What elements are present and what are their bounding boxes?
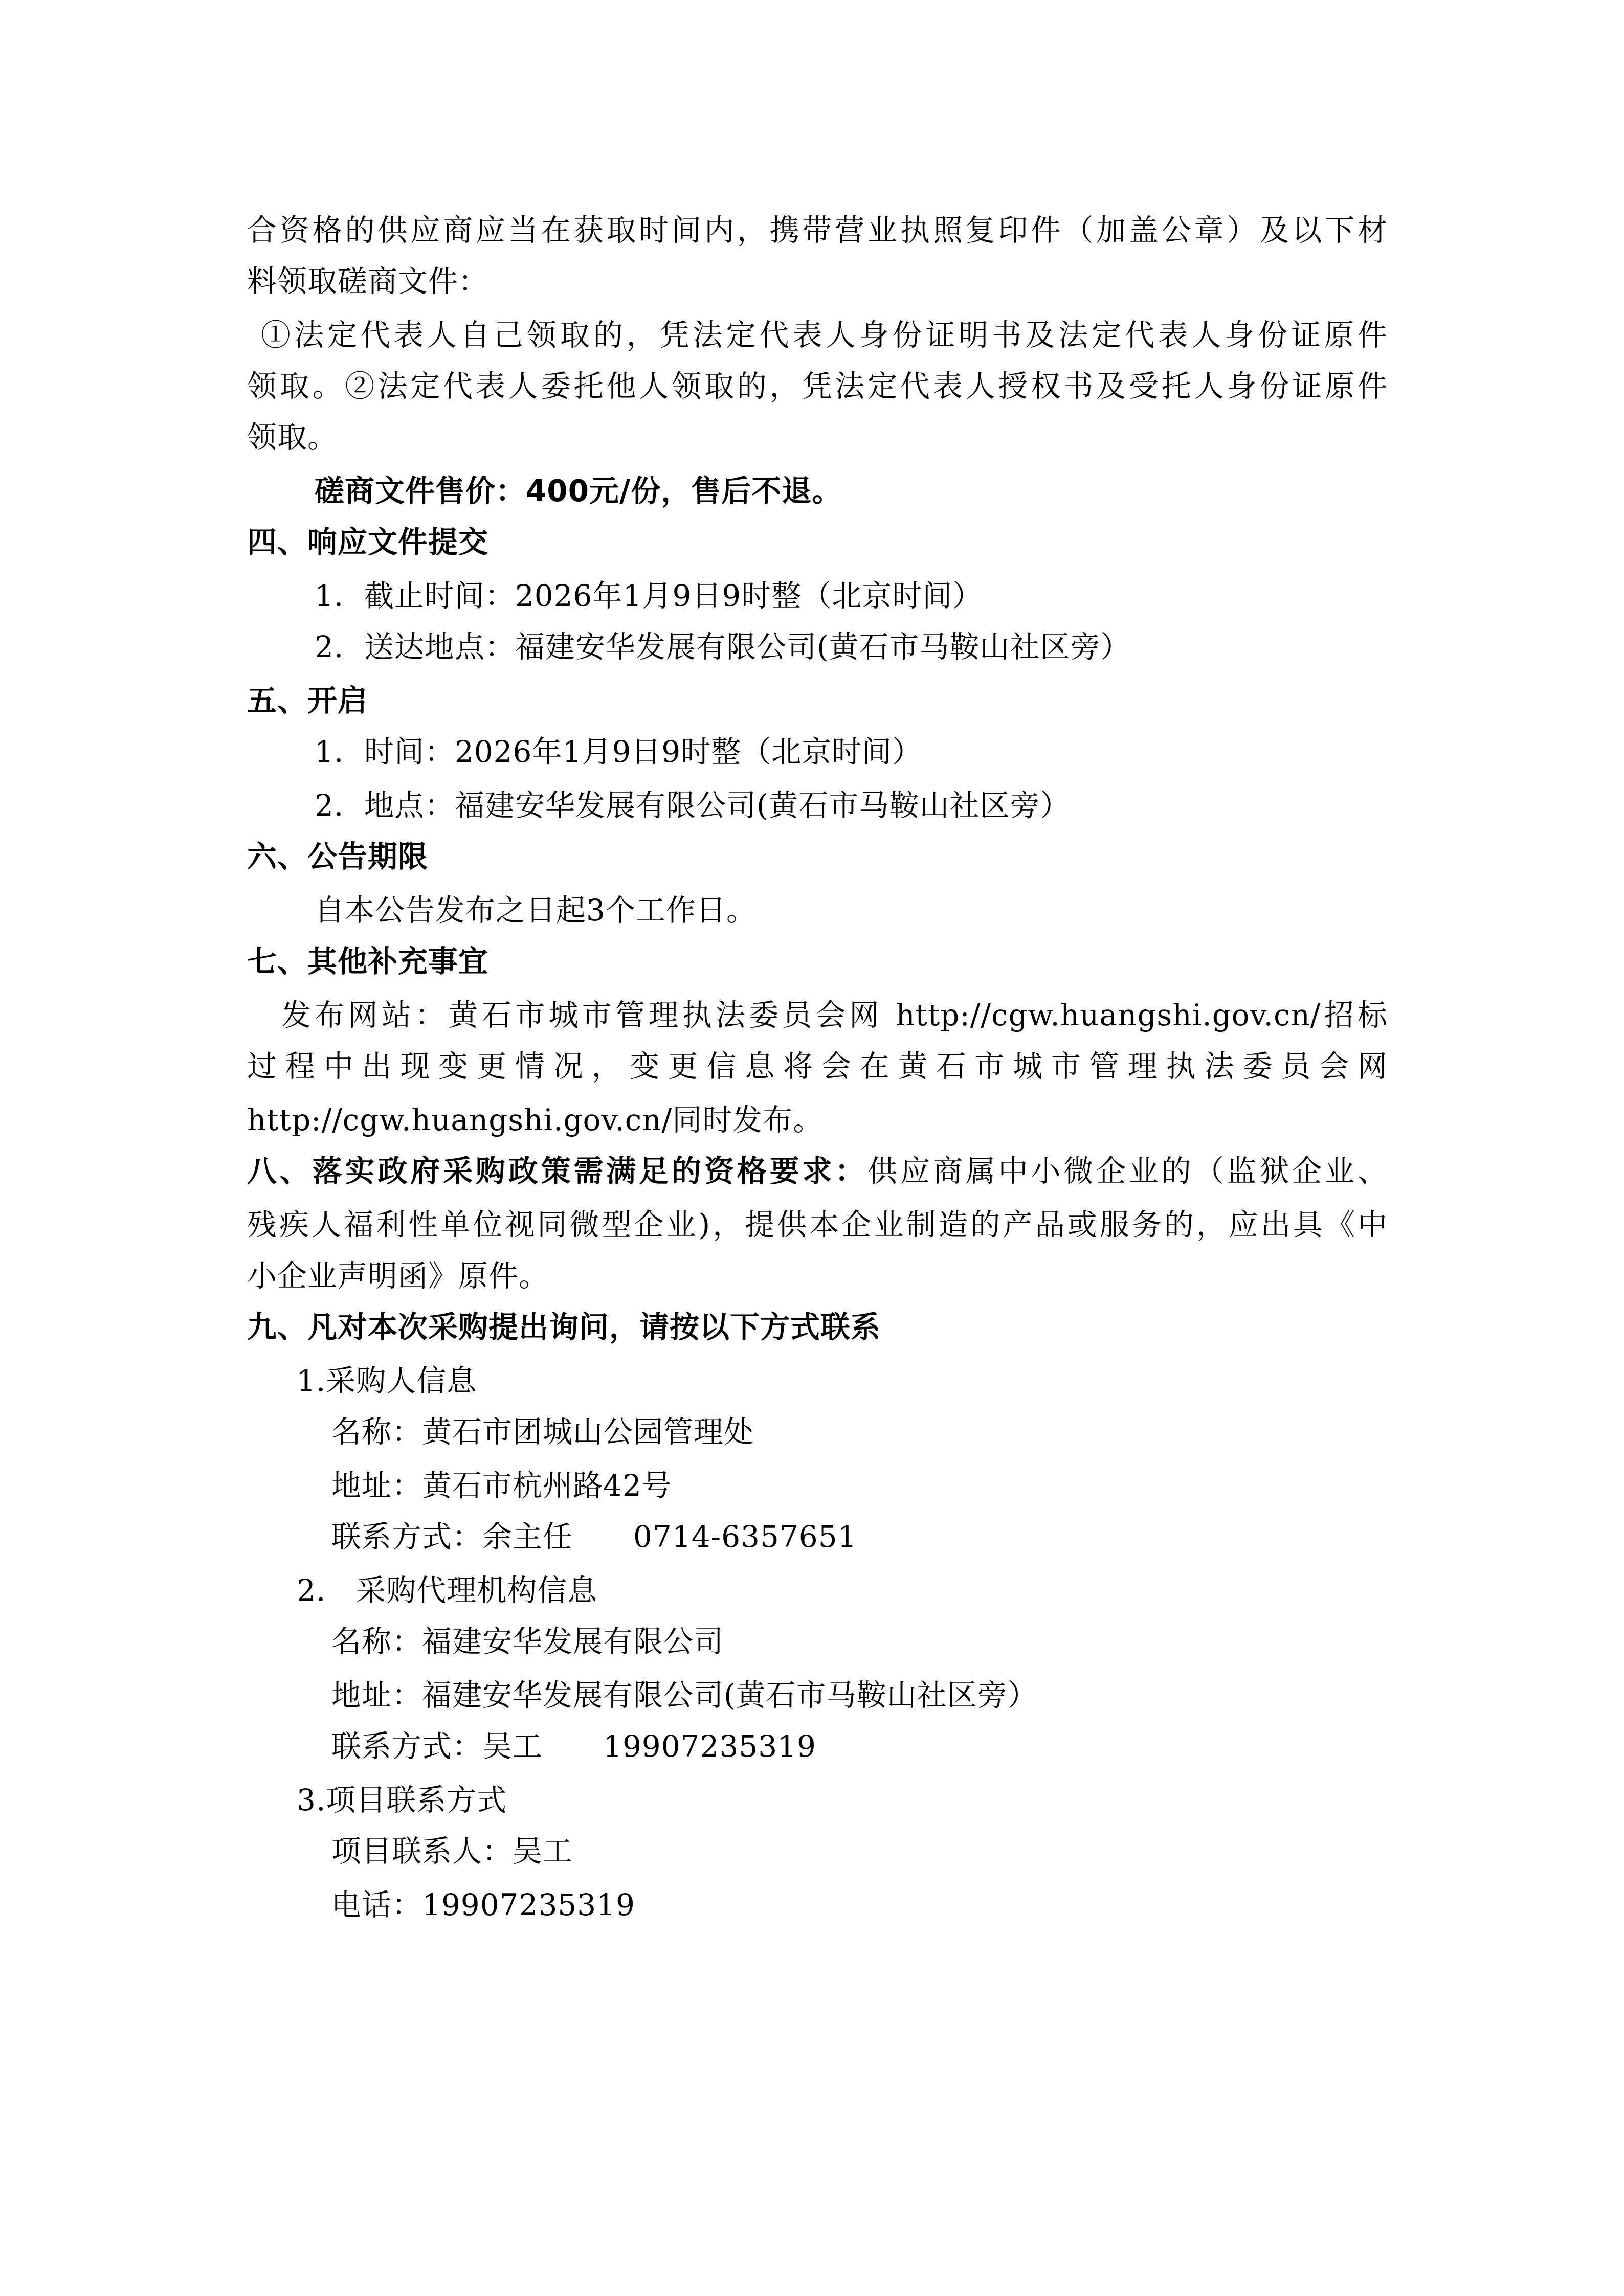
intro-line-2: 料领取磋商文件：: [247, 261, 1388, 302]
opening-time: 1．时间：2026年1月9日9时整（北京时间）: [315, 731, 1455, 772]
purchaser-info-title: 1.采购人信息: [297, 1360, 1437, 1401]
section-8-line-3: 小企业声明函》原件。: [247, 1255, 1388, 1296]
project-contact-person: 项目联系人：吴工: [331, 1831, 1472, 1872]
agency-address: 地址：福建安华发展有限公司(黄石市马鞍山社区旁）: [331, 1675, 1472, 1716]
agency-contact: 联系方式：吴工 19907235319: [331, 1726, 1472, 1767]
purchaser-name: 名称：黄石市团城山公园管理处: [331, 1411, 1472, 1452]
opening-location: 2．地点：福建安华发展有限公司(黄石市马鞍山社区旁）: [315, 785, 1455, 826]
section-6-heading: 六、公告期限: [247, 836, 1388, 877]
website-line-2: 过程中出现变更情况，变更信息将会在黄石市城市管理执法委员会网: [247, 1046, 1388, 1087]
website-line-3: http://cgw.huangshi.gov.cn/同时发布。: [247, 1099, 1388, 1140]
agency-name: 名称：福建安华发展有限公司: [331, 1621, 1472, 1662]
section-4-heading: 四、响应文件提交: [247, 522, 1388, 562]
project-contact-title: 3.项目联系方式: [297, 1780, 1437, 1820]
section-7-heading: 七、其他补充事宜: [247, 941, 1388, 982]
section-9-heading: 九、凡对本次采购提出询问，请按以下方式联系: [247, 1307, 1388, 1347]
section-8-line-1: 八、落实政府采购政策需满足的资格要求：供应商属中小微企业的（监狱企业、: [247, 1151, 1388, 1191]
project-contact-phone: 电话：19907235319: [331, 1884, 1472, 1925]
website-line-1: 发布网站：黄石市城市管理执法委员会网 http://cgw.huangshi.g…: [281, 995, 1388, 1036]
section-8-line-2: 残疾人福利性单位视同微型企业)，提供本企业制造的产品或服务的，应出具《中: [247, 1204, 1388, 1245]
section-8-heading: 八、落实政府采购政策需满足的资格要求：: [247, 1154, 867, 1188]
document-page: 合资格的供应商应当在获取时间内，携带营业执照复印件（加盖公章）及以下材 料领取磋…: [0, 0, 1624, 2296]
section-5-heading: 五、开启: [247, 680, 1388, 721]
section-8-line-1-rest: 供应商属中小微企业的（监狱企业、: [867, 1154, 1388, 1188]
submission-location: 2．送达地点：福建安华发展有限公司(黄石市马鞍山社区旁）: [315, 626, 1455, 667]
document-price: 磋商文件售价：400元/份，售后不退。: [315, 470, 1455, 511]
purchaser-address: 地址：黄石市杭州路42号: [331, 1465, 1472, 1506]
submission-deadline: 1．截止时间：2026年1月9日9时整（北京时间）: [315, 575, 1455, 616]
pickup-item-line-1: ①法定代表人自己领取的，凭法定代表人身份证明书及法定代表人身份证原件: [261, 314, 1388, 355]
purchaser-contact: 联系方式：余主任 0714-6357651: [331, 1516, 1472, 1557]
intro-line-1: 合资格的供应商应当在获取时间内，携带营业执照复印件（加盖公章）及以下材: [247, 210, 1388, 251]
pickup-item-line-3: 领取。: [247, 417, 1388, 458]
pickup-item-line-2: 领取。②法定代表人委托他人领取的，凭法定代表人授权书及受托人身份证原件: [247, 366, 1388, 407]
agency-info-title: 2. 采购代理机构信息: [297, 1570, 1437, 1611]
notice-period: 自本公告发布之日起3个工作日。: [315, 890, 1455, 931]
